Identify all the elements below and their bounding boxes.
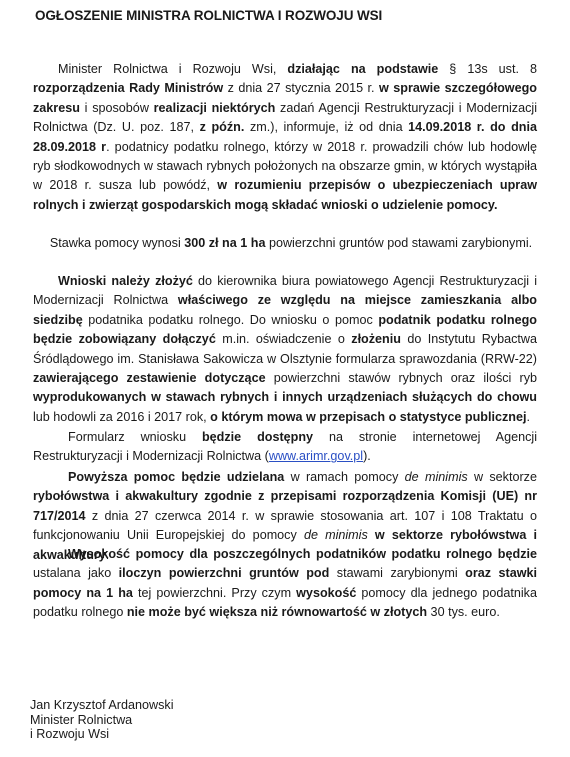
signatory-name: Jan Krzysztof Ardanowski: [30, 698, 174, 713]
text-span: rozporządzenia Rady Ministrów: [33, 81, 223, 95]
text-span: w sektorze: [468, 470, 537, 484]
text-span: Wnioski należy złożyć: [58, 274, 193, 288]
text-span: Stawka pomocy wynosi: [50, 236, 184, 250]
text-span: działając na podstawie: [287, 62, 438, 76]
text-span: wysokość: [296, 586, 356, 600]
text-span: w ramach pomocy: [284, 470, 404, 484]
paragraph-applications: Wnioski należy złożyć do kierownika biur…: [33, 272, 537, 427]
text-span: nie może być większa niż równowartość w …: [127, 605, 427, 619]
aid-rate: 300 zł na 1 ha: [184, 236, 265, 250]
text-span: Formularz wniosku: [68, 430, 202, 444]
text-span: de minimis: [304, 528, 368, 542]
paragraph-aid-amount: Wysokość pomocy dla poszczególnych podat…: [33, 545, 537, 623]
text-span: tej powierzchni. Przy czym: [133, 586, 296, 600]
signatory-title-line2: i Rozwoju Wsi: [30, 727, 174, 742]
text-span: zawierającego zestawienie dotyczące: [33, 371, 266, 385]
document-title: OGŁOSZENIE MINISTRA ROLNICTWA I ROZWOJU …: [35, 8, 382, 23]
paragraph-form-availability: Formularz wniosku będzie dostępny na str…: [33, 428, 537, 467]
text-span: z późn.: [200, 120, 245, 134]
text-span: zm.), informuje, iż od dnia: [244, 120, 408, 134]
text-span: z dnia 27 stycznia 2015 r.: [223, 81, 379, 95]
text-span: Minister Rolnictwa i Rozwoju Wsi,: [58, 62, 287, 76]
text-span: formularza sprawozdania (RRW-22): [336, 352, 537, 366]
arimr-website-link[interactable]: www.arimr.gov.pl: [269, 449, 363, 463]
text-span: powierzchni stawów rybnych oraz ilości r…: [266, 371, 537, 385]
text-span: de minimis: [405, 470, 468, 484]
text-span: złożeniu: [351, 332, 401, 346]
text-span: wyprodukowanych w stawach rybnych i inny…: [33, 390, 537, 404]
text-span: 30 tys. euro.: [427, 605, 500, 619]
text-span: powierzchni gruntów pod stawami zarybion…: [265, 236, 532, 250]
text-span: Wysokość pomocy dla poszczególnych podat…: [68, 547, 537, 561]
paragraph-announcement: Minister Rolnictwa i Rozwoju Wsi, działa…: [33, 60, 537, 215]
text-span: będzie dostępny: [202, 430, 313, 444]
text-span: podatnika podatku rolnego. Do wniosku o …: [83, 313, 379, 327]
text-span: o którym mowa w przepisach o statystyce …: [210, 410, 526, 424]
text-span: .: [526, 410, 530, 424]
text-span: Powyższa pomoc będzie udzielana: [68, 470, 284, 484]
text-span: iloczyn powierzchni gruntów pod: [119, 566, 330, 580]
text-span: ).: [363, 449, 371, 463]
text-span: i sposobów: [80, 101, 154, 115]
text-span: stawami zarybionymi: [329, 566, 465, 580]
text-span: realizacji niektórych: [154, 101, 276, 115]
signatory-title-line1: Minister Rolnictwa: [30, 713, 174, 728]
paragraph-rate: Stawka pomocy wynosi 300 zł na 1 ha powi…: [33, 234, 537, 253]
signature-block: Jan Krzysztof Ardanowski Minister Rolnic…: [30, 698, 174, 742]
text-span: § 13s ust. 8: [438, 62, 537, 76]
text-span: ustalana jako: [33, 566, 119, 580]
text-span: lub hodowli za 2016 i 2017 rok,: [33, 410, 210, 424]
text-span: m.in. oświadczenie o: [216, 332, 351, 346]
